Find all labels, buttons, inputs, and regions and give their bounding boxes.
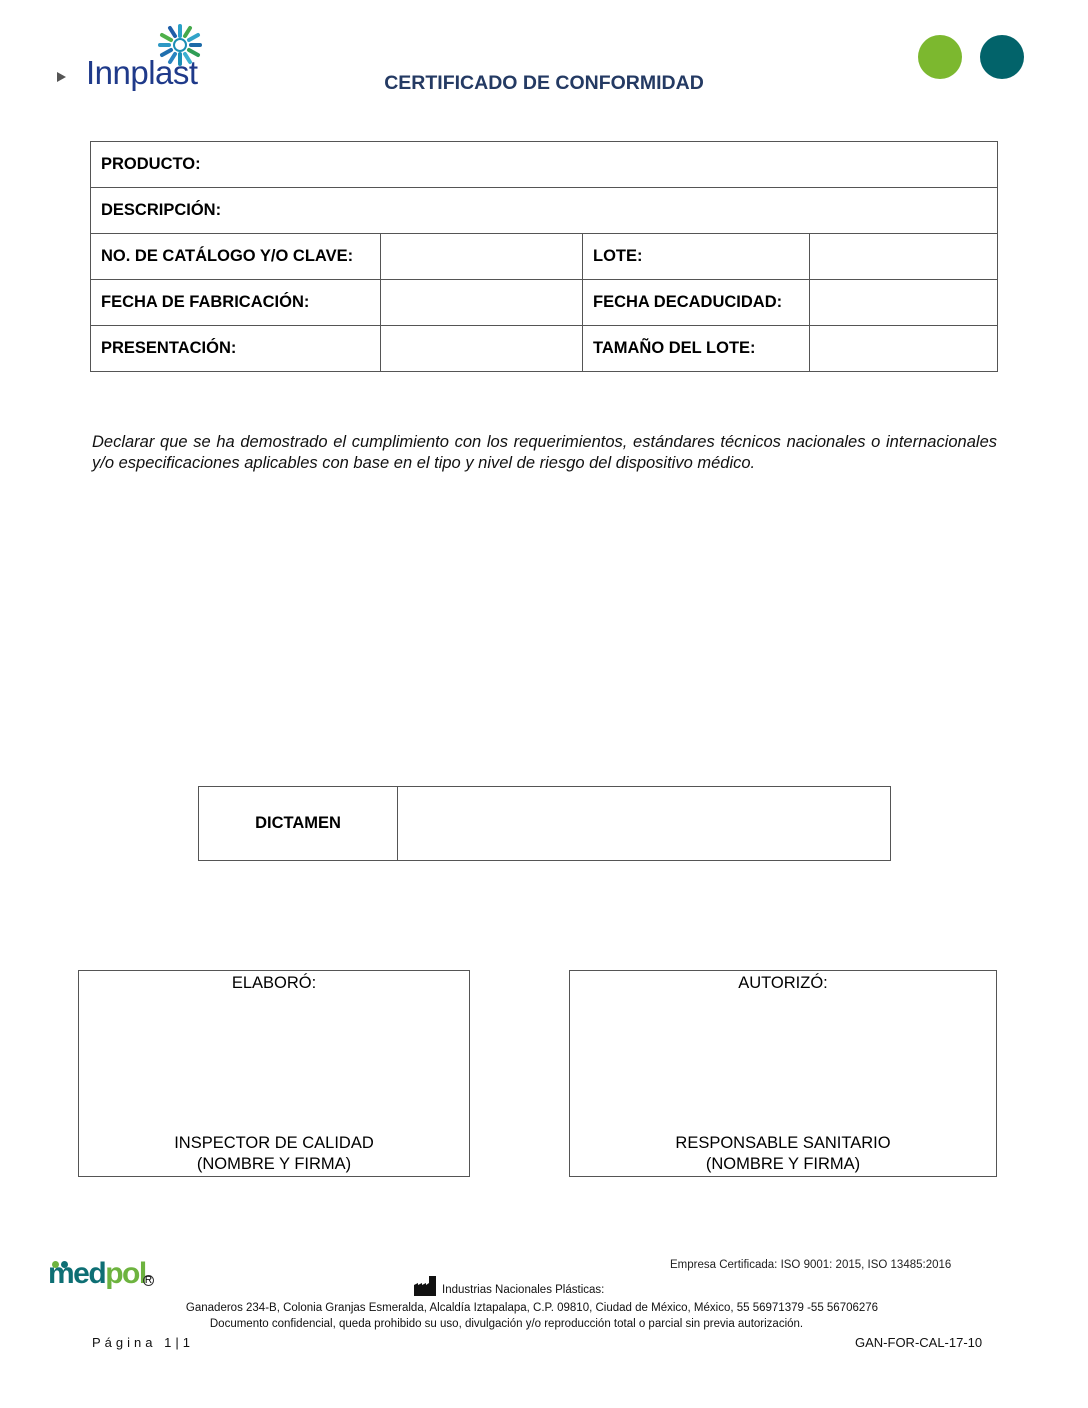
producto-field[interactable]: PRODUCTO: bbox=[91, 142, 998, 188]
lote-label: LOTE: bbox=[583, 234, 810, 280]
fabricacion-label: FECHA DE FABRICACIÓN: bbox=[91, 280, 381, 326]
descripcion-label: DESCRIPCIÓN: bbox=[101, 201, 221, 219]
catalogo-value-cell[interactable] bbox=[381, 234, 583, 280]
elaboro-signature-box[interactable]: ELABORÓ: INSPECTOR DE CALIDAD (NOMBRE Y … bbox=[78, 970, 470, 1177]
page-number: Página 1|1 bbox=[92, 1335, 194, 1350]
medpol-logo: medpol R bbox=[48, 1255, 158, 1291]
descripcion-field[interactable]: DESCRIPCIÓN: bbox=[91, 188, 998, 234]
medpol-wordmark: medpol bbox=[48, 1257, 146, 1291]
tamano-value-cell[interactable] bbox=[810, 326, 998, 372]
manufacturer-name: Industrias Nacionales Plásticas: bbox=[442, 1284, 604, 1296]
lote-value-cell[interactable] bbox=[810, 234, 998, 280]
declaration-text: Declarar que se ha demostrado el cumplim… bbox=[92, 432, 997, 474]
caducidad-label: FECHA DECADUCIDAD: bbox=[583, 280, 810, 326]
table-row: PRODUCTO: bbox=[91, 142, 998, 188]
product-info-table: PRODUCTO: DESCRIPCIÓN: NO. DE CATÁLOGO Y… bbox=[90, 141, 998, 372]
autorizo-role: RESPONSABLE SANITARIO bbox=[570, 1133, 996, 1154]
registered-icon: R bbox=[143, 1275, 154, 1286]
catalogo-label: NO. DE CATÁLOGO Y/O CLAVE: bbox=[91, 234, 381, 280]
autorizo-signature-box[interactable]: AUTORIZÓ: RESPONSABLE SANITARIO (NOMBRE … bbox=[569, 970, 997, 1177]
dictamen-value-cell[interactable] bbox=[398, 787, 891, 861]
table-row: DESCRIPCIÓN: bbox=[91, 188, 998, 234]
document-title: CERTIFICADO DE CONFORMIDAD bbox=[0, 72, 1088, 95]
presentacion-label: PRESENTACIÓN: bbox=[91, 326, 381, 372]
green-circle-icon bbox=[918, 35, 962, 79]
certification-text: Empresa Certificada: ISO 9001: 2015, ISO… bbox=[670, 1259, 951, 1271]
table-row: FECHA DE FABRICACIÓN: FECHA DECADUCIDAD: bbox=[91, 280, 998, 326]
table-row: NO. DE CATÁLOGO Y/O CLAVE: LOTE: bbox=[91, 234, 998, 280]
teal-circle-icon bbox=[980, 35, 1024, 79]
confidential-notice: Documento confidencial, queda prohibido … bbox=[0, 1318, 1013, 1330]
tamano-label: TAMAÑO DEL LOTE: bbox=[583, 326, 810, 372]
document-code: GAN-FOR-CAL-17-10 bbox=[855, 1335, 982, 1350]
elaboro-note: (NOMBRE Y FIRMA) bbox=[79, 1154, 469, 1175]
autorizo-heading: AUTORIZÓ: bbox=[570, 973, 996, 994]
table-row: PRESENTACIÓN: TAMAÑO DEL LOTE: bbox=[91, 326, 998, 372]
fabricacion-value-cell[interactable] bbox=[381, 280, 583, 326]
address-text: Ganaderos 234-B, Colonia Granjas Esmeral… bbox=[0, 1302, 1064, 1314]
manufacturer-line: Industrias Nacionales Plásticas: bbox=[414, 1276, 604, 1296]
caducidad-value-cell[interactable] bbox=[810, 280, 998, 326]
factory-icon bbox=[414, 1276, 436, 1296]
elaboro-role: INSPECTOR DE CALIDAD bbox=[79, 1133, 469, 1154]
dictamen-table: DICTAMEN bbox=[198, 786, 891, 861]
dictamen-label: DICTAMEN bbox=[199, 787, 398, 861]
table-row: DICTAMEN bbox=[199, 787, 891, 861]
producto-label: PRODUCTO: bbox=[101, 155, 201, 173]
autorizo-note: (NOMBRE Y FIRMA) bbox=[570, 1154, 996, 1175]
elaboro-heading: ELABORÓ: bbox=[79, 973, 469, 994]
presentacion-value-cell[interactable] bbox=[381, 326, 583, 372]
